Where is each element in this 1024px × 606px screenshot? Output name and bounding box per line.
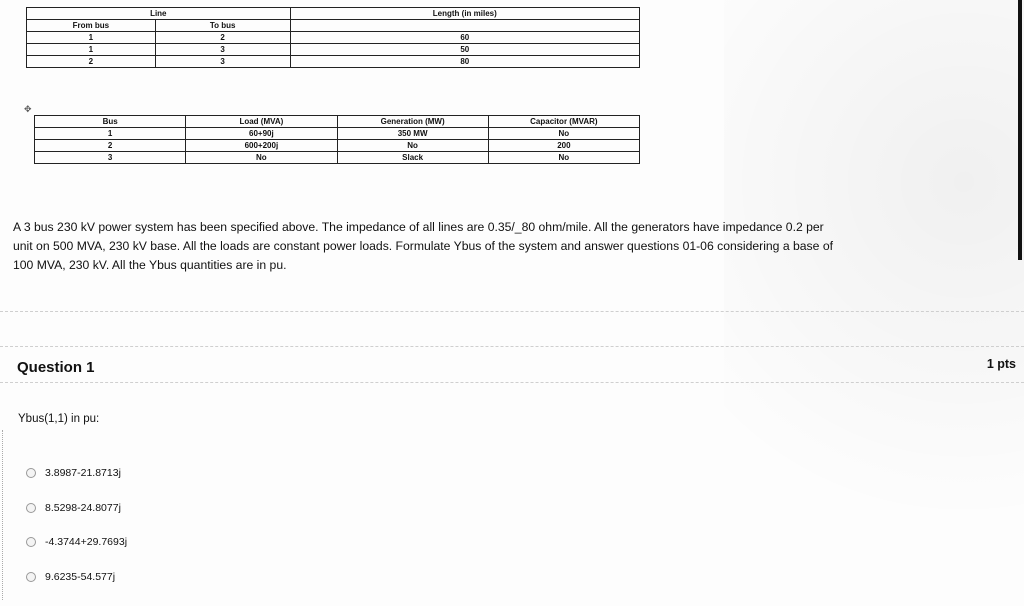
radio-button[interactable] (26, 537, 36, 547)
answer-label: 3.8987-21.8713j (45, 467, 121, 479)
radio-button[interactable] (26, 503, 36, 513)
from-bus-cell: 2 (27, 56, 156, 68)
problem-line: A 3 bus 230 kV power system has been spe… (13, 218, 1023, 237)
radio-button[interactable] (26, 572, 36, 582)
bus-cell: 1 (35, 128, 186, 140)
length-blank-cell (290, 20, 639, 32)
line-table: Line Length (in miles) From bus To bus 1… (26, 7, 640, 68)
length-cell: 60 (290, 32, 639, 44)
generation-cell: Slack (337, 152, 488, 164)
bus-header: Bus (35, 116, 186, 128)
question-points: 1 pts (987, 357, 1016, 371)
length-cell: 80 (290, 56, 639, 68)
question-title: Question 1 (17, 359, 95, 376)
question-prompt: Ybus(1,1) in pu: (18, 413, 99, 425)
length-cell: 50 (290, 44, 639, 56)
answer-option-2[interactable]: 8.5298-24.8077j (26, 491, 127, 526)
problem-line: unit on 500 MVA, 230 kV base. All the lo… (13, 237, 1023, 256)
from-bus-cell: 1 (27, 44, 156, 56)
divider (0, 382, 1024, 383)
capacitor-cell: No (488, 128, 639, 140)
capacitor-cell: No (488, 152, 639, 164)
table-row: 1 60+90j 350 MW No (35, 128, 640, 140)
load-cell: No (186, 152, 337, 164)
table-row: 2 3 80 (27, 56, 640, 68)
bus-table: Bus Load (MVA) Generation (MW) Capacitor… (34, 115, 640, 164)
from-bus-header: From bus (27, 20, 156, 32)
generation-header: Generation (MW) (337, 116, 488, 128)
line-group-header: Line (27, 8, 291, 20)
capacitor-cell: 200 (488, 140, 639, 152)
radio-button[interactable] (26, 468, 36, 478)
bus-cell: 3 (35, 152, 186, 164)
generation-cell: 350 MW (337, 128, 488, 140)
answer-label: -4.3744+29.7693j (45, 536, 127, 548)
to-bus-cell: 3 (155, 56, 290, 68)
to-bus-header: To bus (155, 20, 290, 32)
bus-cell: 2 (35, 140, 186, 152)
load-cell: 600+200j (186, 140, 337, 152)
answer-label: 9.6235-54.577j (45, 571, 115, 583)
table-row: 2 600+200j No 200 (35, 140, 640, 152)
left-margin-rule (2, 430, 4, 600)
from-bus-cell: 1 (27, 32, 156, 44)
divider (0, 311, 1024, 312)
answer-option-4[interactable]: 9.6235-54.577j (26, 560, 127, 595)
capacitor-header: Capacitor (MVAR) (488, 116, 639, 128)
answer-options: 3.8987-21.8713j 8.5298-24.8077j -4.3744+… (26, 456, 127, 594)
answer-option-3[interactable]: -4.3744+29.7693j (26, 525, 127, 560)
to-bus-cell: 2 (155, 32, 290, 44)
length-header: Length (in miles) (290, 8, 639, 20)
problem-statement: A 3 bus 230 kV power system has been spe… (13, 218, 1023, 275)
scan-shading (724, 0, 1024, 606)
move-handle-icon: ✥ (24, 104, 32, 115)
divider (0, 346, 1024, 347)
answer-option-1[interactable]: 3.8987-21.8713j (26, 456, 127, 491)
table-row: 1 3 50 (27, 44, 640, 56)
load-header: Load (MVA) (186, 116, 337, 128)
to-bus-cell: 3 (155, 44, 290, 56)
table-row: 3 No Slack No (35, 152, 640, 164)
answer-label: 8.5298-24.8077j (45, 502, 121, 514)
table-row: 1 2 60 (27, 32, 640, 44)
problem-line: 100 MVA, 230 kV. All the Ybus quantities… (13, 256, 1023, 275)
load-cell: 60+90j (186, 128, 337, 140)
generation-cell: No (337, 140, 488, 152)
